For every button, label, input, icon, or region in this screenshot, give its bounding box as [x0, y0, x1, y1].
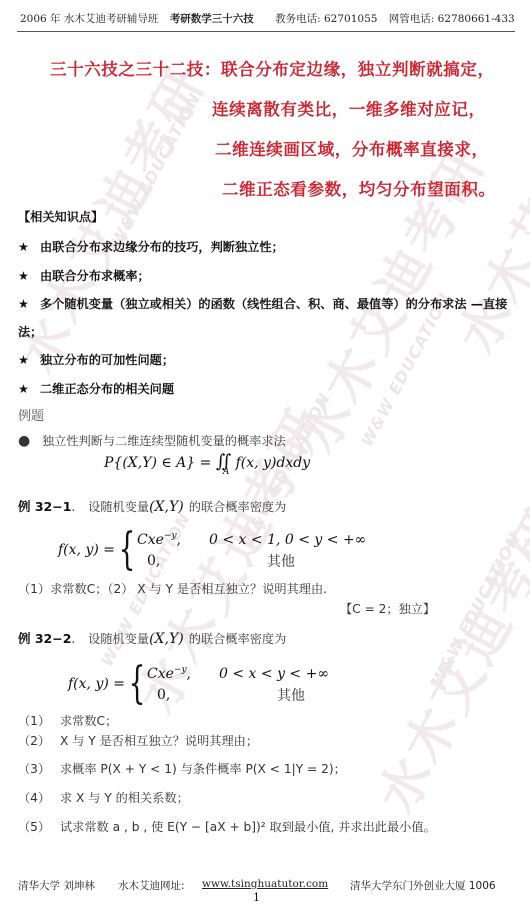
brace: {: [119, 528, 136, 572]
example-2-density: f(x, y) = { Cxe−y,0 < x < y < +∞ 0,其他: [68, 662, 329, 706]
probability-formula: P{(X,Y) ∈ A} = ∬A f(x, y)dxdy: [104, 451, 310, 472]
knowledge-title: 【相关知识点】: [18, 208, 103, 225]
knowledge-item: ★多个随机变量（独立或相关）的函数（线性组合、积、商、最值等）的分布求法 —直接: [18, 295, 507, 312]
example-1-density: f(x, y) = { Cxe−y,0 < x < 1, 0 < y < +∞ …: [58, 528, 366, 572]
knowledge-item: ★独立分布的可加性问题；: [18, 351, 174, 368]
example-2-question: （4）求 X 与 Y 的相关系数；: [18, 789, 189, 806]
example-2-question: （3）求概率 P(X + Y < 1) 与条件概率 P(X < 1|Y = 2)…: [18, 760, 346, 777]
example-1-label: 例 32−1: [18, 499, 71, 514]
knowledge-item: ★由联合分布求概率；: [18, 267, 150, 284]
footer-site-label: 水木艾迪网址:: [118, 878, 185, 893]
header-divider: [17, 31, 515, 32]
knowledge-item: ★由联合分布求边缘分布的技巧，判断独立性；: [18, 238, 284, 255]
footer-address: 清华大学东门外创业大厦 1006: [350, 878, 496, 893]
verse-line-2: 连续离散有类比，一维多维对应记，: [212, 96, 486, 120]
verse-line-3: 二维连续画区域，分布概率直接求，: [215, 136, 489, 160]
example-1-question: （1）求常数C；（2） X 与 Y 是否相互独立？说明其理由.: [18, 580, 327, 597]
star-icon: ★: [18, 240, 40, 254]
verse-line-1: 三十六技之三十二技：联合分布定边缘，独立判断就搞定，: [50, 56, 495, 80]
example-2-question: （5）试求常数 a , b , 使 E(Y − [aX + b])² 取到最小值…: [18, 818, 436, 835]
example-2-question: （2）X 与 Y 是否相互独立？说明其理由；: [18, 732, 258, 749]
example-2-intro: 例 32−2. 设随机变量(X,Y) 的联合概率密度为: [18, 628, 286, 647]
header-class: 2006 年 水木艾迪考研辅导班: [20, 13, 158, 25]
page-header: 2006 年 水木艾迪考研辅导班 考研数学三十六技 教务电话: 62701055…: [20, 11, 515, 26]
example-2-label: 例 32−2: [18, 631, 71, 646]
star-icon: ★: [18, 353, 40, 367]
example-1-answer: 【C = 2；独立】: [340, 600, 435, 617]
bullet-icon: ●: [18, 433, 42, 449]
header-edu-phone-label: 教务电话:: [275, 13, 321, 25]
brace: {: [129, 662, 146, 706]
star-icon: ★: [18, 269, 40, 283]
star-icon: ★: [18, 382, 40, 396]
footer-site-link[interactable]: www.tsinghuatutor.com: [202, 878, 328, 890]
knowledge-item-continuation: 法；: [18, 323, 42, 340]
header-edu-phone: 62701055: [324, 13, 377, 25]
knowledge-item: ★二维正态分布的相关问题: [18, 380, 174, 397]
page-number: 1: [253, 891, 260, 904]
header-admin-phone: 62780661-433: [438, 13, 515, 25]
document-page: 2006 年 水木艾迪考研辅导班 考研数学三十六技 教务电话: 62701055…: [0, 0, 530, 908]
section-title: ●独立性判断与二维连续型随机变量的概率求法: [18, 432, 286, 449]
footer-author: 清华大学 刘坤林: [18, 878, 95, 893]
examples-heading: 例题: [18, 405, 44, 424]
header-book-title: 考研数学三十六技: [170, 13, 254, 25]
example-1-intro: 例 32−1. 设随机变量(X,Y) 的联合概率密度为: [18, 496, 286, 515]
verse-line-4: 二维正态看参数，均匀分布望面积。: [222, 176, 496, 200]
header-admin-phone-label: 网管电话:: [389, 13, 435, 25]
star-icon: ★: [18, 297, 40, 311]
example-2-question: （1）求常数C；: [18, 712, 117, 729]
